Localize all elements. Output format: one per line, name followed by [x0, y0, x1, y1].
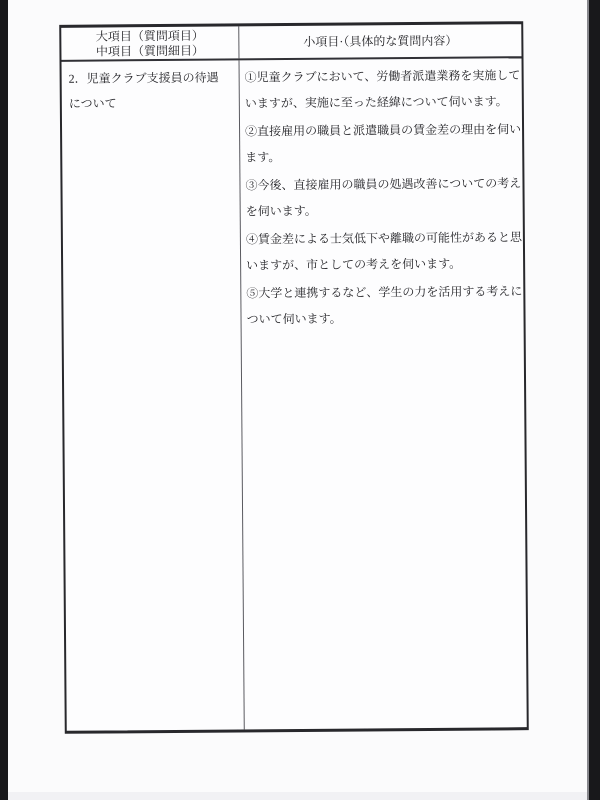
header-cell-minor-items: 小項目·（具体的な質問内容） [239, 24, 521, 58]
screen-edge-right [587, 0, 600, 800]
table-header-row: 大項目（質問項目） 中項目（質問細目） 小項目·（具体的な質問内容） [61, 24, 521, 62]
question-items-table: 大項目（質問項目） 中項目（質問細目） 小項目·（具体的な質問内容） 2．児童ク… [59, 21, 529, 734]
question-item-3: ③今後、直接雇用の職員の処遇改善についての考えを伺います。 [245, 170, 523, 224]
question-item-5: ⑤大学と連携するなど、学生の力を活用する考えについて伺います。 [246, 278, 524, 332]
question-item-2: ②直接雇用の職員と派遣職員の賃金差の理由を伺います。 [245, 116, 523, 170]
question-item-1: ①児童クラブにおいて、労働者派遣業務を実施していますが、実施に至った経緯について… [245, 62, 523, 116]
question-item-4: ④賃金差による士気低下や離職の可能性があると思いますが、市としての考えを伺います… [246, 224, 524, 278]
header-minor-item-label: 小項目·（具体的な質問内容） [303, 33, 457, 49]
page-bottom-shadow [8, 792, 587, 800]
category-text: 2．児童クラブ支援員の待遇について [69, 71, 219, 111]
table-body-row: 2．児童クラブ支援員の待遇について ①児童クラブにおいて、労働者派遣業務を実施し… [62, 58, 527, 731]
questions-cell: ①児童クラブにおいて、労働者派遣業務を実施していますが、実施に至った経緯について… [240, 58, 530, 729]
header-middle-item-label: 中項目（質問細目） [96, 43, 204, 59]
screen-edge-left [0, 0, 8, 800]
header-major-item-label: 大項目（質問項目） [96, 28, 204, 44]
category-cell: 2．児童クラブ支援員の待遇について [62, 60, 245, 730]
header-cell-major-items: 大項目（質問項目） 中項目（質問細目） [61, 26, 239, 59]
